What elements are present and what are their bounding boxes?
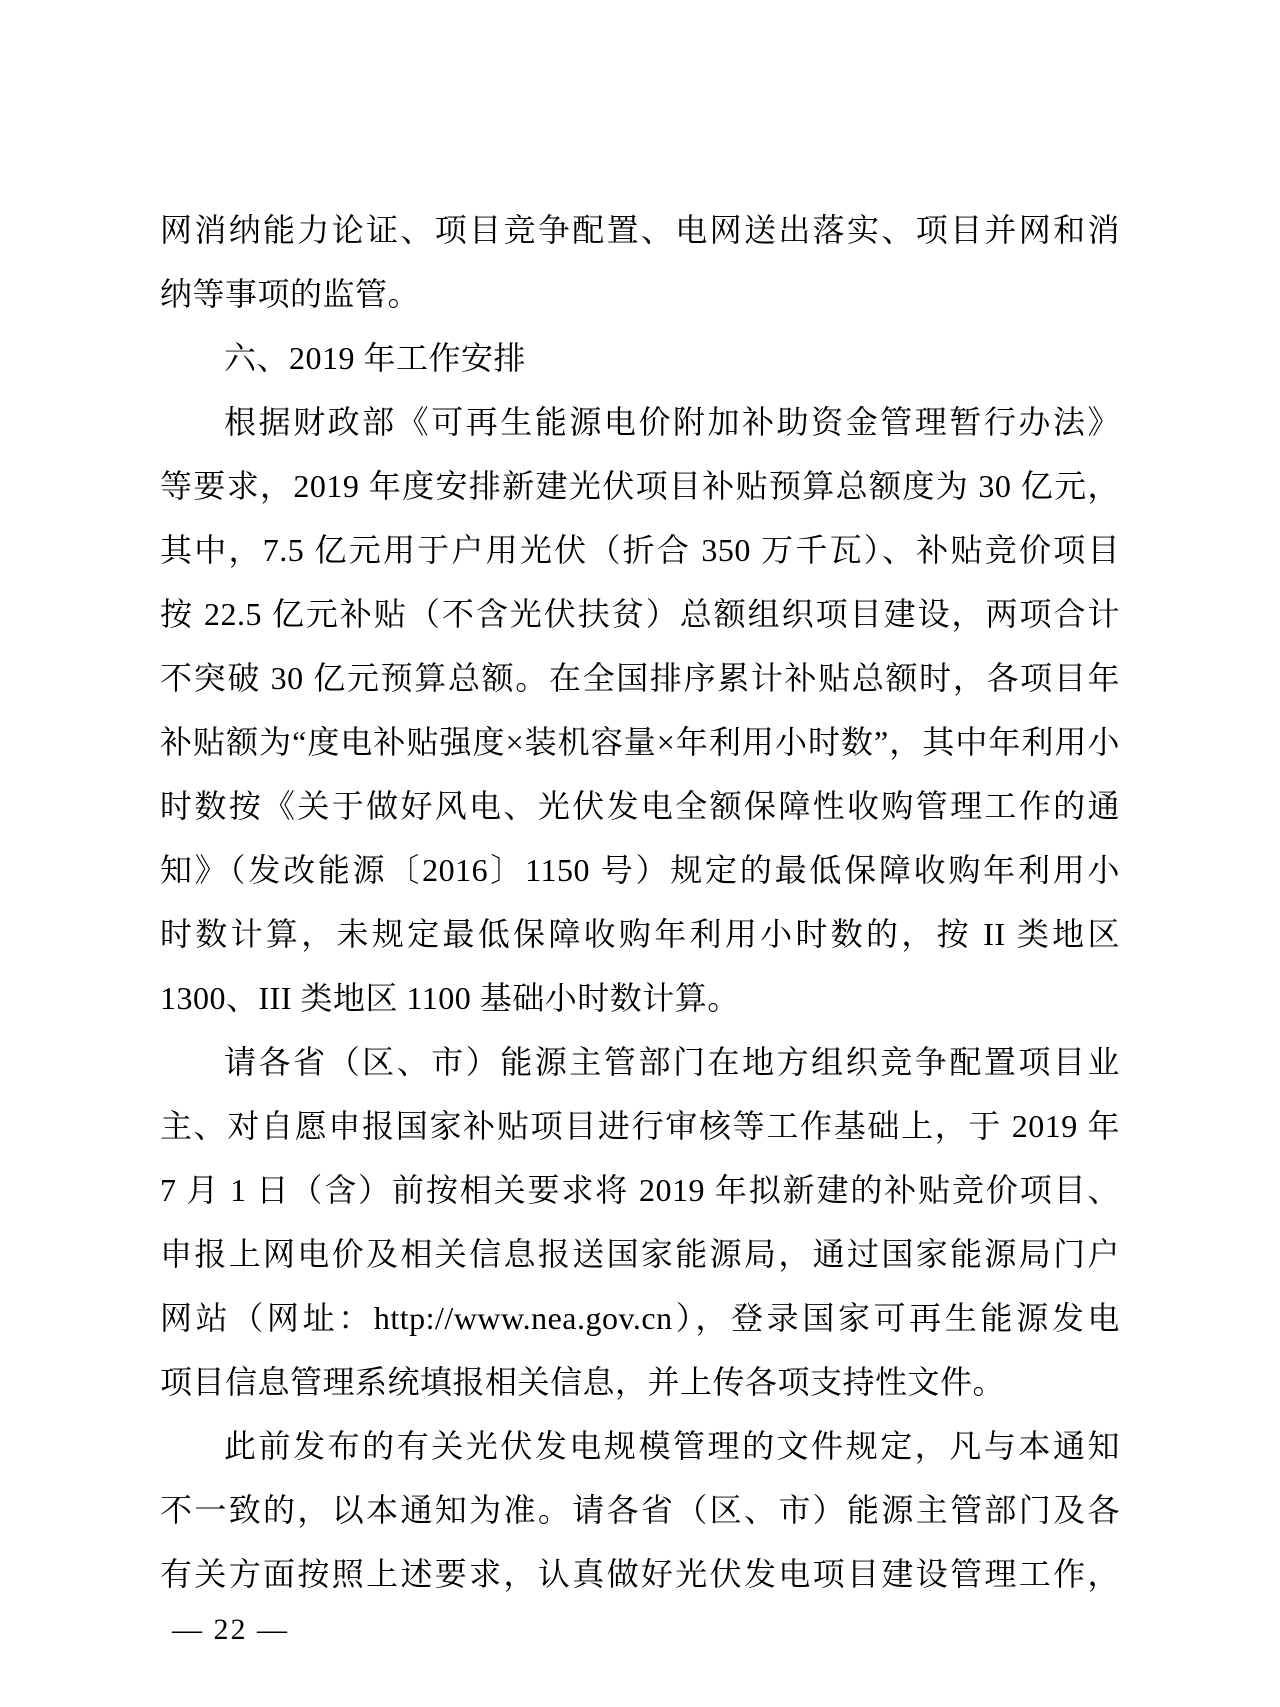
document-page: 网消纳能力论证、项目竞争配置、电网送出落实、项目并网和消纳等事项的监管。六、20… xyxy=(0,0,1280,1707)
text-line: 时数计算，未规定最低保障收购年利用小时数的，按 II 类地区 xyxy=(160,902,1120,966)
text-line: 请各省（区、市）能源主管部门在地方组织竞争配置项目业 xyxy=(160,1030,1120,1094)
text-line: 按 22.5 亿元补贴（不含光伏扶贫）总额组织项目建设，两项合计 xyxy=(160,582,1120,646)
page-number: — 22 — xyxy=(172,1608,289,1652)
document-body: 网消纳能力论证、项目竞争配置、电网送出落实、项目并网和消纳等事项的监管。六、20… xyxy=(160,198,1120,1606)
text-line: 纳等事项的监管。 xyxy=(160,262,1120,326)
text-line: 主、对自愿申报国家补贴项目进行审核等工作基础上，于 2019 年 xyxy=(160,1094,1120,1158)
text-line: 1300、III 类地区 1100 基础小时数计算。 xyxy=(160,966,1120,1030)
text-line: 根据财政部《可再生能源电价附加补助资金管理暂行办法》 xyxy=(160,390,1120,454)
text-line: 六、2019 年工作安排 xyxy=(160,326,1120,390)
text-line: 网消纳能力论证、项目竞争配置、电网送出落实、项目并网和消 xyxy=(160,198,1120,262)
text-line: 网站（网址：http://www.nea.gov.cn），登录国家可再生能源发电 xyxy=(160,1286,1120,1350)
text-line: 不一致的，以本通知为准。请各省（区、市）能源主管部门及各 xyxy=(160,1478,1120,1542)
text-line: 时数按《关于做好风电、光伏发电全额保障性收购管理工作的通 xyxy=(160,774,1120,838)
text-line: 7 月 1 日（含）前按相关要求将 2019 年拟新建的补贴竞价项目、 xyxy=(160,1158,1120,1222)
text-line: 不突破 30 亿元预算总额。在全国排序累计补贴总额时，各项目年 xyxy=(160,646,1120,710)
text-line: 等要求，2019 年度安排新建光伏项目补贴预算总额度为 30 亿元， xyxy=(160,454,1120,518)
text-line: 知》（发改能源〔2016〕1150 号）规定的最低保障收购年利用小 xyxy=(160,838,1120,902)
text-line: 此前发布的有关光伏发电规模管理的文件规定，凡与本通知 xyxy=(160,1414,1120,1478)
text-line: 补贴额为“度电补贴强度×装机容量×年利用小时数”，其中年利用小 xyxy=(160,710,1120,774)
text-line: 项目信息管理系统填报相关信息，并上传各项支持性文件。 xyxy=(160,1350,1120,1414)
text-line: 其中，7.5 亿元用于户用光伏（折合 350 万千瓦）、补贴竞价项目 xyxy=(160,518,1120,582)
text-line: 申报上网电价及相关信息报送国家能源局，通过国家能源局门户 xyxy=(160,1222,1120,1286)
text-line: 有关方面按照上述要求，认真做好光伏发电项目建设管理工作， xyxy=(160,1542,1120,1606)
